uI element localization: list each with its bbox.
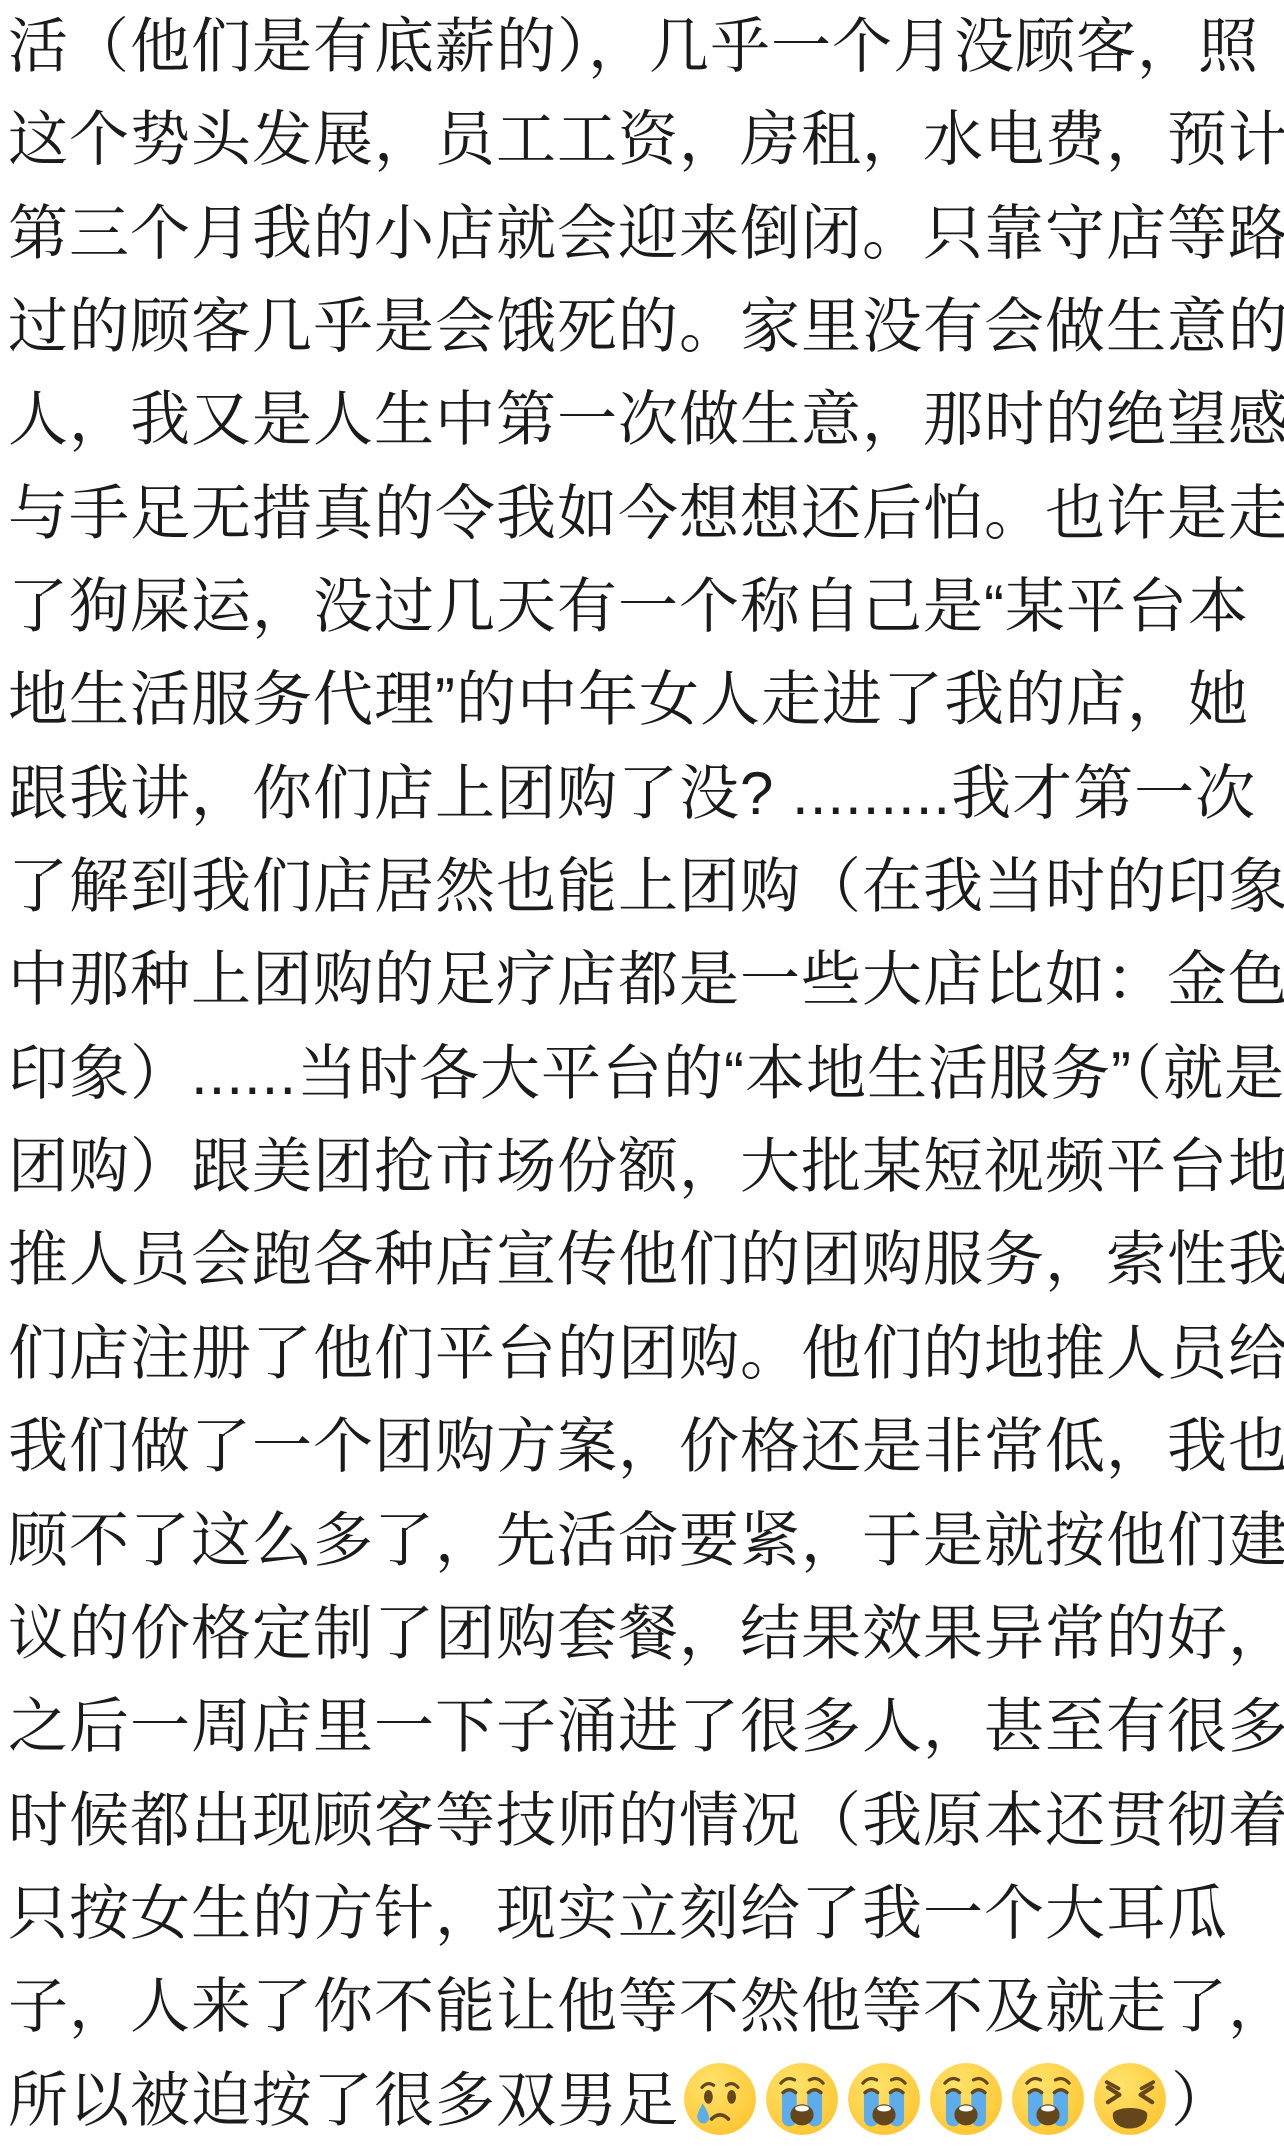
loudly-crying-face-emoji <box>846 2061 922 2137</box>
text-line: 时候都出现顾客等技师的情况（我原本还贯彻着 <box>8 1774 1278 1867</box>
text-line: 顾不了这么多了，先活命要紧，于是就按他们建 <box>8 1494 1278 1587</box>
text-line: 跟我讲，你们店上团购了没? .........我才第一次 <box>8 747 1278 840</box>
loudly-crying-face-emoji <box>1010 2061 1086 2137</box>
text-line: 之后一周店里一下子涌进了很多人，甚至有很多 <box>8 1680 1278 1773</box>
post-text-body: 活（他们是有底薪的），几乎一个月没顾客，照 这个势头发展，员工工资，房租，水电费… <box>0 0 1284 2147</box>
text-line: 地生活服务代理”的中年女人走进了我的店，她 <box>8 653 1278 746</box>
text-line: 子，人来了你不能让他等不然他等不及就走了， <box>8 1960 1278 2053</box>
text-line: 中那种上团购的足疗店都是一些大店比如：金色 <box>8 933 1278 1026</box>
text-line: 与手足无措真的令我如今想想还后怕。也许是走 <box>8 467 1278 560</box>
text-line: 推人员会跑各种店宣传他们的团购服务，索性我 <box>8 1213 1278 1306</box>
last-line-suffix: ） <box>1171 2067 1232 2134</box>
loudly-crying-face-emoji <box>764 2061 840 2137</box>
text-line: 团购）跟美团抢市场份额，大批某短视频平台地 <box>8 1120 1278 1213</box>
text-line: 了狗屎运，没过几天有一个称自己是“某平台本 <box>8 560 1278 653</box>
text-line: 我们做了一个团购方案，价格还是非常低，我也 <box>8 1400 1278 1493</box>
text-line: 议的价格定制了团购套餐，结果效果异常的好， <box>8 1587 1278 1680</box>
text-line: 只按女生的方针，现实立刻给了我一个大耳瓜 <box>8 1867 1278 1960</box>
text-line-last: 所以被迫按了很多双男足） <box>8 2054 1278 2147</box>
text-line: 这个势头发展，员工工资，房租，水电费，预计 <box>8 93 1278 186</box>
text-line: 们店注册了他们平台的团购。他们的地推人员给 <box>8 1307 1278 1400</box>
tired-face-emoji <box>1092 2061 1168 2137</box>
text-line: 第三个月我的小店就会迎来倒闭。只靠守店等路 <box>8 187 1278 280</box>
emoji-row <box>679 2067 1171 2134</box>
text-line: 过的顾客几乎是会饿死的。家里没有会做生意的 <box>8 280 1278 373</box>
last-line-text: 所以被迫按了很多双男足 <box>8 2067 679 2134</box>
loudly-crying-face-emoji <box>928 2061 1004 2137</box>
text-line: 了解到我们店居然也能上团购（在我当时的印象 <box>8 840 1278 933</box>
text-line: 人，我又是人生中第一次做生意，那时的绝望感 <box>8 373 1278 466</box>
text-line: 印象）......当时各大平台的“本地生活服务”（就是 <box>8 1027 1278 1120</box>
text-line: 活（他们是有底薪的），几乎一个月没顾客，照 <box>8 0 1278 93</box>
crying-face-emoji <box>682 2061 758 2137</box>
